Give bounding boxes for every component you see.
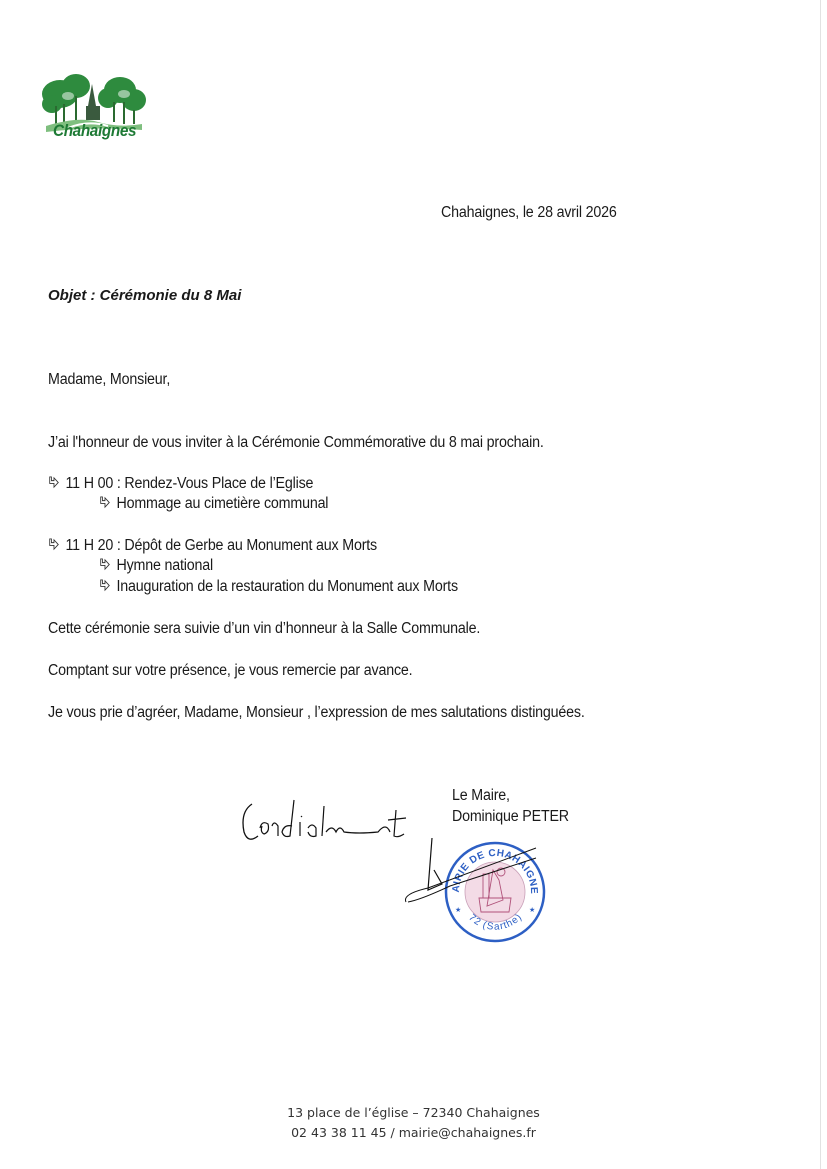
program-item-label: 11 H 20 : Dépôt de Gerbe au Monument aux… [65, 537, 377, 555]
program-subitem-label: Hymne national [116, 557, 213, 575]
mayor-signature [400, 830, 540, 910]
program-subitem: Hommage au cimetière communal [99, 495, 328, 513]
logo-name: Chahaignes [53, 121, 136, 141]
hand-pointing-arrow-icon [99, 558, 111, 571]
hand-pointing-arrow-icon [48, 476, 60, 489]
program-subitem: Hymne national [99, 557, 213, 575]
handwritten-note-cordialement [238, 792, 413, 852]
scan-edge-line [820, 0, 821, 1169]
hand-pointing-arrow-icon [99, 496, 111, 509]
subject-line: Objet : Cérémonie du 8 Mai [48, 287, 241, 304]
paragraph-salutation: Je vous prie d’agréer, Madame, Monsieur … [48, 704, 585, 722]
program-subitem: Inauguration de la restauration du Monum… [99, 578, 458, 596]
signatory-title: Le Maire, [452, 787, 510, 805]
paragraph-reception: Cette cérémonie sera suivie d’un vin d’h… [48, 620, 480, 638]
date-line: Chahaignes, le 28 avril 2026 [441, 204, 617, 222]
program-subitem-label: Hommage au cimetière communal [116, 495, 328, 513]
greeting: Madame, Monsieur, [48, 371, 170, 389]
signatory-name: Dominique PETER [452, 808, 569, 826]
intro-paragraph: J’ai l'honneur de vous inviter à la Céré… [48, 434, 544, 452]
program-item: 11 H 00 : Rendez-Vous Place de l’Eglise [48, 475, 313, 493]
hand-pointing-arrow-icon [99, 579, 111, 592]
paragraph-thanks: Comptant sur votre présence, je vous rem… [48, 662, 412, 680]
hand-pointing-arrow-icon [48, 538, 60, 551]
footer-address: 13 place de l’église – 72340 Chahaignes [0, 1105, 827, 1120]
program-item-label: 11 H 00 : Rendez-Vous Place de l’Eglise [65, 475, 313, 493]
program-subitem-label: Inauguration de la restauration du Monum… [116, 578, 457, 596]
footer-contact: 02 43 38 11 45 / mairie@chahaignes.fr [0, 1125, 827, 1140]
program-item: 11 H 20 : Dépôt de Gerbe au Monument aux… [48, 537, 377, 555]
